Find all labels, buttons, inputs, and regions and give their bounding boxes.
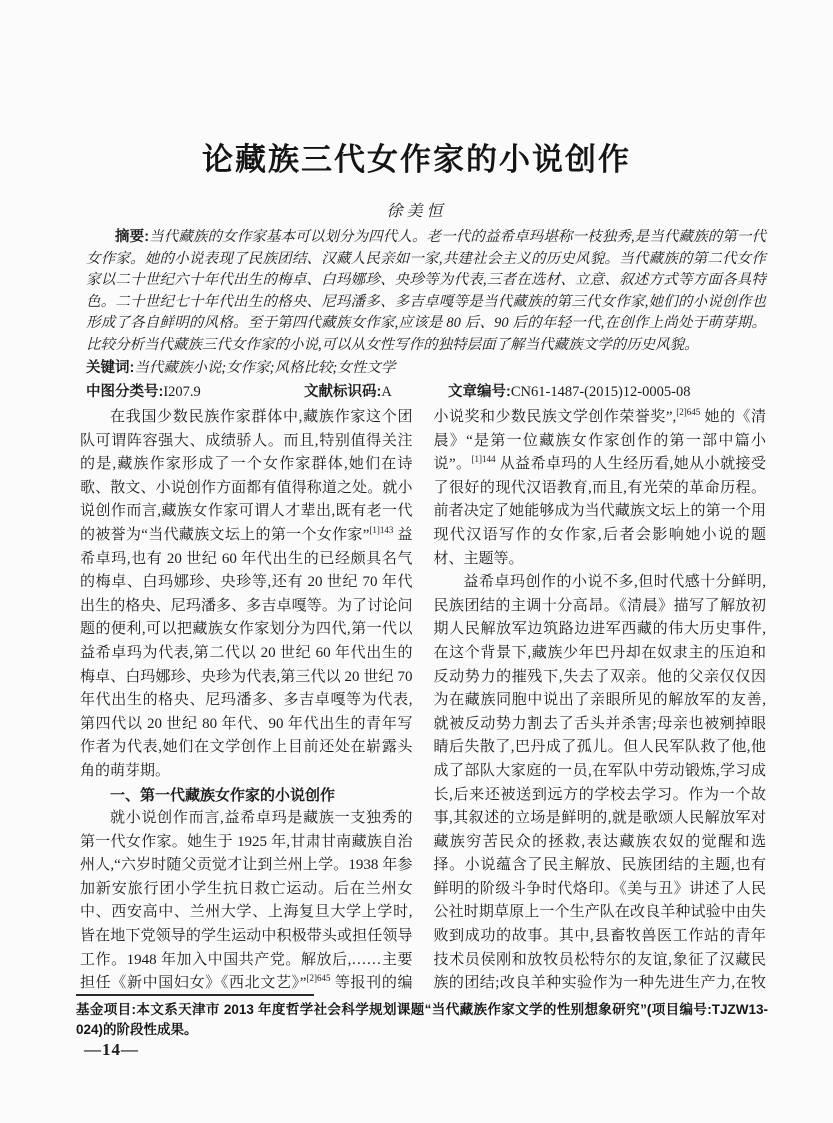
keywords-label: 关键词: <box>86 360 134 376</box>
footnote-text: 本文系天津市 2013 年度哲学社会科学规划课题“当代藏族作家文学的性别想象研究… <box>76 1002 768 1037</box>
article-author: 徐美恒 <box>0 198 833 221</box>
right-column: 小说奖和少数民族文学创作荣誉奖”,[2]645 她的《清晨》“是第一位藏族女作家… <box>434 406 767 994</box>
meta-block: 摘要:当代藏族的女作家基本可以划分为四代人。老一代的益希卓玛堪称一枝独秀,是当代… <box>86 227 766 403</box>
body-paragraph: 益希卓玛创作的小说不多,但时代感十分鲜明,民族团结的主调十分高昂。《清晨》描写了… <box>434 571 767 994</box>
citation-ref: [1]144 <box>472 454 496 464</box>
clc-value: I207.9 <box>163 384 200 400</box>
keywords-line: 关键词:当代藏族小说;女作家;风格比较;女性文学 <box>86 358 766 380</box>
document-page: 论藏族三代女作家的小说创作 徐美恒 摘要:当代藏族的女作家基本可以划分为四代人。… <box>0 0 833 1123</box>
classification-line: 中图分类号:I207.9 文献标识码:A 文章编号:CN61-1487-(201… <box>86 382 766 403</box>
footnote-label: 基金项目: <box>76 1002 136 1017</box>
document-code-value: A <box>381 384 391 400</box>
abstract-paragraph: 摘要:当代藏族的女作家基本可以划分为四代人。老一代的益希卓玛堪称一枝独秀,是当代… <box>86 227 766 356</box>
footnote-rule <box>76 994 314 996</box>
body-paragraph: 小说奖和少数民族文学创作荣誉奖”,[2]645 她的《清晨》“是第一位藏族女作家… <box>434 406 767 571</box>
section-heading: 一、第一代藏族女作家的小说创作 <box>80 784 413 808</box>
citation-ref: [2]645 <box>306 973 330 983</box>
footnote: 基金项目:本文系天津市 2013 年度哲学社会科学规划课题“当代藏族作家文学的性… <box>76 1000 768 1040</box>
page-number: —14— <box>84 1040 139 1060</box>
abstract-text: 当代藏族的女作家基本可以划分为四代人。老一代的益希卓玛堪称一枝独秀,是当代藏族的… <box>86 229 766 353</box>
document-code: 文献标识码:A <box>304 382 392 404</box>
clc-label: 中图分类号: <box>86 384 163 400</box>
keywords-text: 当代藏族小说;女作家;风格比较;女性文学 <box>134 360 395 376</box>
body-paragraph: 在我国少数民族作家群体中,藏族作家这个团队可谓阵容强大、成绩骄人。而且,特别值得… <box>80 406 413 784</box>
article-body: 在我国少数民族作家群体中,藏族作家这个团队可谓阵容强大、成绩骄人。而且,特别值得… <box>80 406 766 994</box>
article-number-label: 文章编号: <box>448 384 511 400</box>
clc-number: 中图分类号:I207.9 <box>86 382 201 404</box>
citation-ref: [2]645 <box>676 407 700 417</box>
body-paragraph: 就小说创作而言,益希卓玛是藏族一支独秀的第一代女作家。她生于 1925 年,甘肃… <box>80 807 413 994</box>
article-title: 论藏族三代女作家的小说创作 <box>0 134 833 179</box>
citation-ref: [1]143 <box>369 525 393 535</box>
abstract-label: 摘要: <box>115 229 149 245</box>
article-number: 文章编号:CN61-1487-(2015)12-0005-08 <box>448 382 690 404</box>
left-column: 在我国少数民族作家群体中,藏族作家这个团队可谓阵容强大、成绩骄人。而且,特别值得… <box>80 406 413 994</box>
article-number-value: CN61-1487-(2015)12-0005-08 <box>511 384 691 400</box>
document-code-label: 文献标识码: <box>304 384 381 400</box>
